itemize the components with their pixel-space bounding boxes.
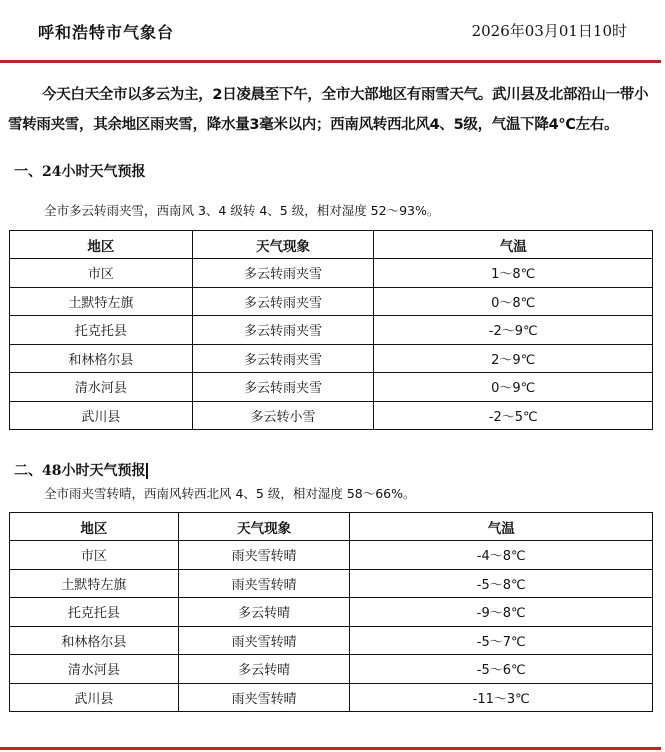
column-header-weather: 天气现象 xyxy=(178,513,350,541)
footer-divider xyxy=(0,747,661,750)
table-row: 清水河县 多云转雨夹雪 0～9℃ xyxy=(10,373,653,402)
cell-temp: 0～8℃ xyxy=(374,287,653,316)
table-row: 和林格尔县 雨夹雪转晴 -5～7℃ xyxy=(10,626,653,655)
cell-region: 市区 xyxy=(10,259,193,288)
table-header-row: 地区 天气现象 气温 xyxy=(10,513,653,541)
cell-region: 武川县 xyxy=(10,683,179,712)
cell-weather: 雨夹雪转晴 xyxy=(178,541,350,570)
cell-temp: -9～8℃ xyxy=(350,598,653,627)
cell-temp: 1～8℃ xyxy=(374,259,653,288)
cell-region: 清水河县 xyxy=(10,373,193,402)
cell-region: 和林格尔县 xyxy=(10,626,179,655)
cell-weather: 多云转晴 xyxy=(178,655,350,684)
table-header-row: 地区 天气现象 气温 xyxy=(10,231,653,259)
cell-weather: 多云转雨夹雪 xyxy=(192,287,374,316)
issuer-title: 呼和浩特市气象台 xyxy=(38,20,174,43)
cell-weather: 多云转雨夹雪 xyxy=(192,344,374,373)
cell-weather: 多云转雨夹雪 xyxy=(192,316,374,345)
cell-weather: 多云转雨夹雪 xyxy=(192,259,374,288)
section-48h-title: 二、48小时天气预报 xyxy=(14,460,148,480)
cell-weather: 雨夹雪转晴 xyxy=(178,683,350,712)
section-24h-description: 全市多云转雨夹雪，西南风 3、4 级转 4、5 级，相对湿度 52～93%。 xyxy=(44,201,439,219)
cell-temp: -2～5℃ xyxy=(374,401,653,430)
column-header-weather: 天气现象 xyxy=(192,231,374,259)
cell-temp: -11～3℃ xyxy=(350,683,653,712)
cell-temp: -2～9℃ xyxy=(374,316,653,345)
forecast-table-48h: 地区 天气现象 气温 市区 雨夹雪转晴 -4～8℃ 土默特左旗 雨夹雪转晴 -5… xyxy=(9,512,653,712)
cell-temp: -5～8℃ xyxy=(350,569,653,598)
cell-weather: 多云转小雪 xyxy=(192,401,374,430)
cell-region: 和林格尔县 xyxy=(10,344,193,373)
table-row: 武川县 多云转小雪 -2～5℃ xyxy=(10,401,653,430)
cell-region: 托克托县 xyxy=(10,598,179,627)
cell-weather: 雨夹雪转晴 xyxy=(178,626,350,655)
column-header-region: 地区 xyxy=(10,231,193,259)
table-row: 土默特左旗 多云转雨夹雪 0～8℃ xyxy=(10,287,653,316)
table-row: 托克托县 多云转晴 -9～8℃ xyxy=(10,598,653,627)
table-row: 武川县 雨夹雪转晴 -11～3℃ xyxy=(10,683,653,712)
cell-temp: -5～7℃ xyxy=(350,626,653,655)
cell-region: 土默特左旗 xyxy=(10,287,193,316)
forecast-summary: 今天白天全市以多云为主，2日凌晨至下午，全市大部地区有雨雪天气。武川县及北部沿山… xyxy=(8,80,658,140)
cell-temp: 0～9℃ xyxy=(374,373,653,402)
section-24h-title: 一、24小时天气预报 xyxy=(14,161,145,181)
table-row: 土默特左旗 雨夹雪转晴 -5～8℃ xyxy=(10,569,653,598)
cell-weather: 雨夹雪转晴 xyxy=(178,569,350,598)
cell-temp: -4～8℃ xyxy=(350,541,653,570)
cell-temp: 2～9℃ xyxy=(374,344,653,373)
section-48h-title-text: 二、48小时天气预报 xyxy=(14,463,145,479)
issue-datetime: 2026年03月01日10时 xyxy=(472,20,627,41)
cell-region: 清水河县 xyxy=(10,655,179,684)
table-row: 市区 多云转雨夹雪 1～8℃ xyxy=(10,259,653,288)
header-divider xyxy=(0,60,661,63)
forecast-table-24h: 地区 天气现象 气温 市区 多云转雨夹雪 1～8℃ 土默特左旗 多云转雨夹雪 0… xyxy=(9,230,653,430)
text-cursor xyxy=(146,463,148,479)
column-header-temp: 气温 xyxy=(350,513,653,541)
cell-region: 土默特左旗 xyxy=(10,569,179,598)
table-row: 市区 雨夹雪转晴 -4～8℃ xyxy=(10,541,653,570)
table-row: 和林格尔县 多云转雨夹雪 2～9℃ xyxy=(10,344,653,373)
table-row: 托克托县 多云转雨夹雪 -2～9℃ xyxy=(10,316,653,345)
table-row: 清水河县 多云转晴 -5～6℃ xyxy=(10,655,653,684)
cell-weather: 多云转晴 xyxy=(178,598,350,627)
column-header-temp: 气温 xyxy=(374,231,653,259)
cell-weather: 多云转雨夹雪 xyxy=(192,373,374,402)
cell-region: 市区 xyxy=(10,541,179,570)
cell-temp: -5～6℃ xyxy=(350,655,653,684)
cell-region: 托克托县 xyxy=(10,316,193,345)
cell-region: 武川县 xyxy=(10,401,193,430)
column-header-region: 地区 xyxy=(10,513,179,541)
section-48h-description: 全市雨夹雪转晴，西南风转西北风 4、5 级，相对湿度 58～66%。 xyxy=(44,484,416,502)
